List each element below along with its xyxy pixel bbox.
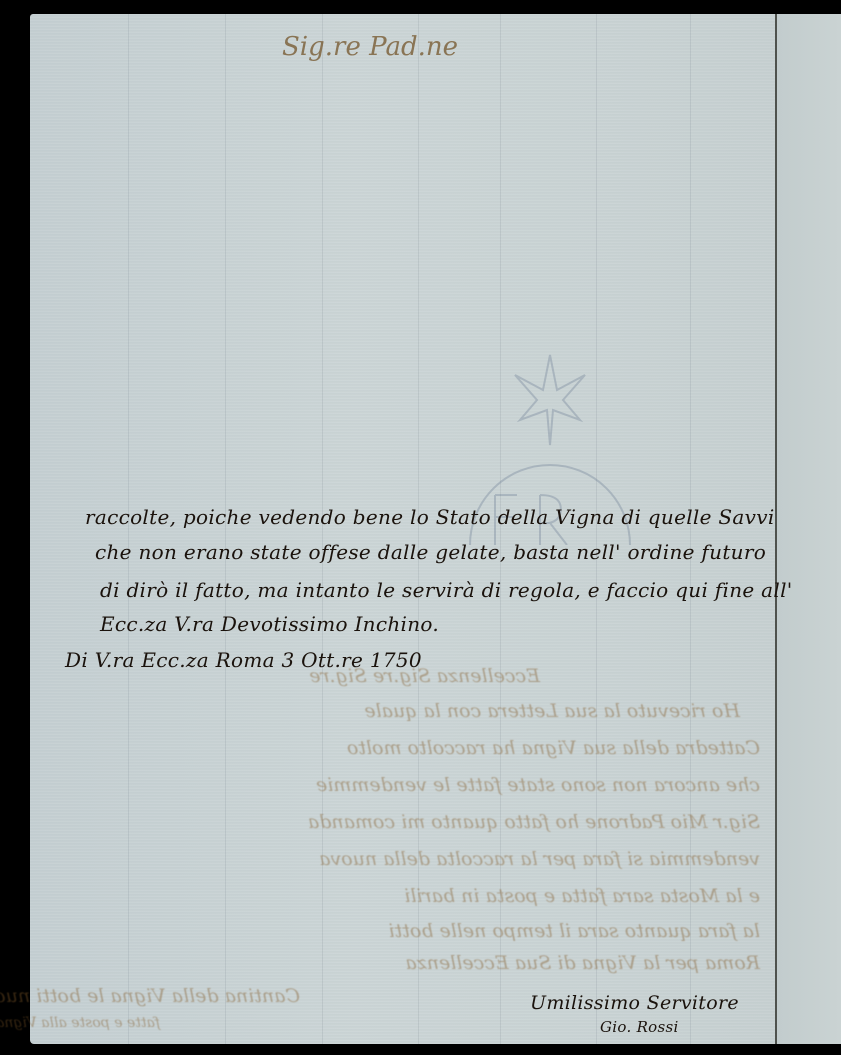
bleed-through-line: che ancora non sono state fatte le vende… — [40, 774, 760, 796]
bleed-through-line: vendemmia si fara per la raccolta della … — [40, 848, 760, 870]
signature-line-1: Umilissimo Servitore — [530, 992, 739, 1014]
bleed-through-line: Cattedra della sua Vigna ha raccolto mol… — [40, 737, 760, 759]
bleed-through-line: Ho ricevuto la sua Lettera con la quale — [40, 700, 740, 722]
body-line-4: Ecc.za V.ra Devotissimo Inchino. — [100, 612, 439, 636]
bleed-through-line: e la Mosta sara fatta e posta in barili — [40, 885, 760, 907]
body-line-3: di dirò il fatto, ma intanto le servirà … — [100, 578, 793, 602]
bleed-through-line: Cantina della Vigna le botti nuove — [40, 985, 300, 1007]
bleed-through-line: la fara quanto sara il tempo nelle botti — [40, 920, 760, 942]
body-line-1: raccolte, poiche vedendo bene lo Stato d… — [85, 505, 775, 529]
bleed-through-line: Sig.r Mio Padrone ho fatto quanto mi com… — [40, 811, 760, 833]
signature-line-2: Gio. Rossi — [600, 1018, 679, 1036]
header-note: Sig.re Pad.ne — [282, 32, 458, 62]
bleed-through-line: Roma per la Vigna di Sua Eccellenza — [40, 952, 760, 974]
body-line-2: che non erano state offese dalle gelate,… — [95, 540, 766, 564]
place-date-line: Di V.ra Ecc.za Roma 3 Ott.re 1750 — [65, 648, 422, 672]
adjacent-leaf — [777, 14, 841, 1044]
bleed-through-line: fatte e poste alla Vigna della sua Eccel… — [40, 1015, 160, 1031]
fold-line — [775, 14, 777, 1044]
